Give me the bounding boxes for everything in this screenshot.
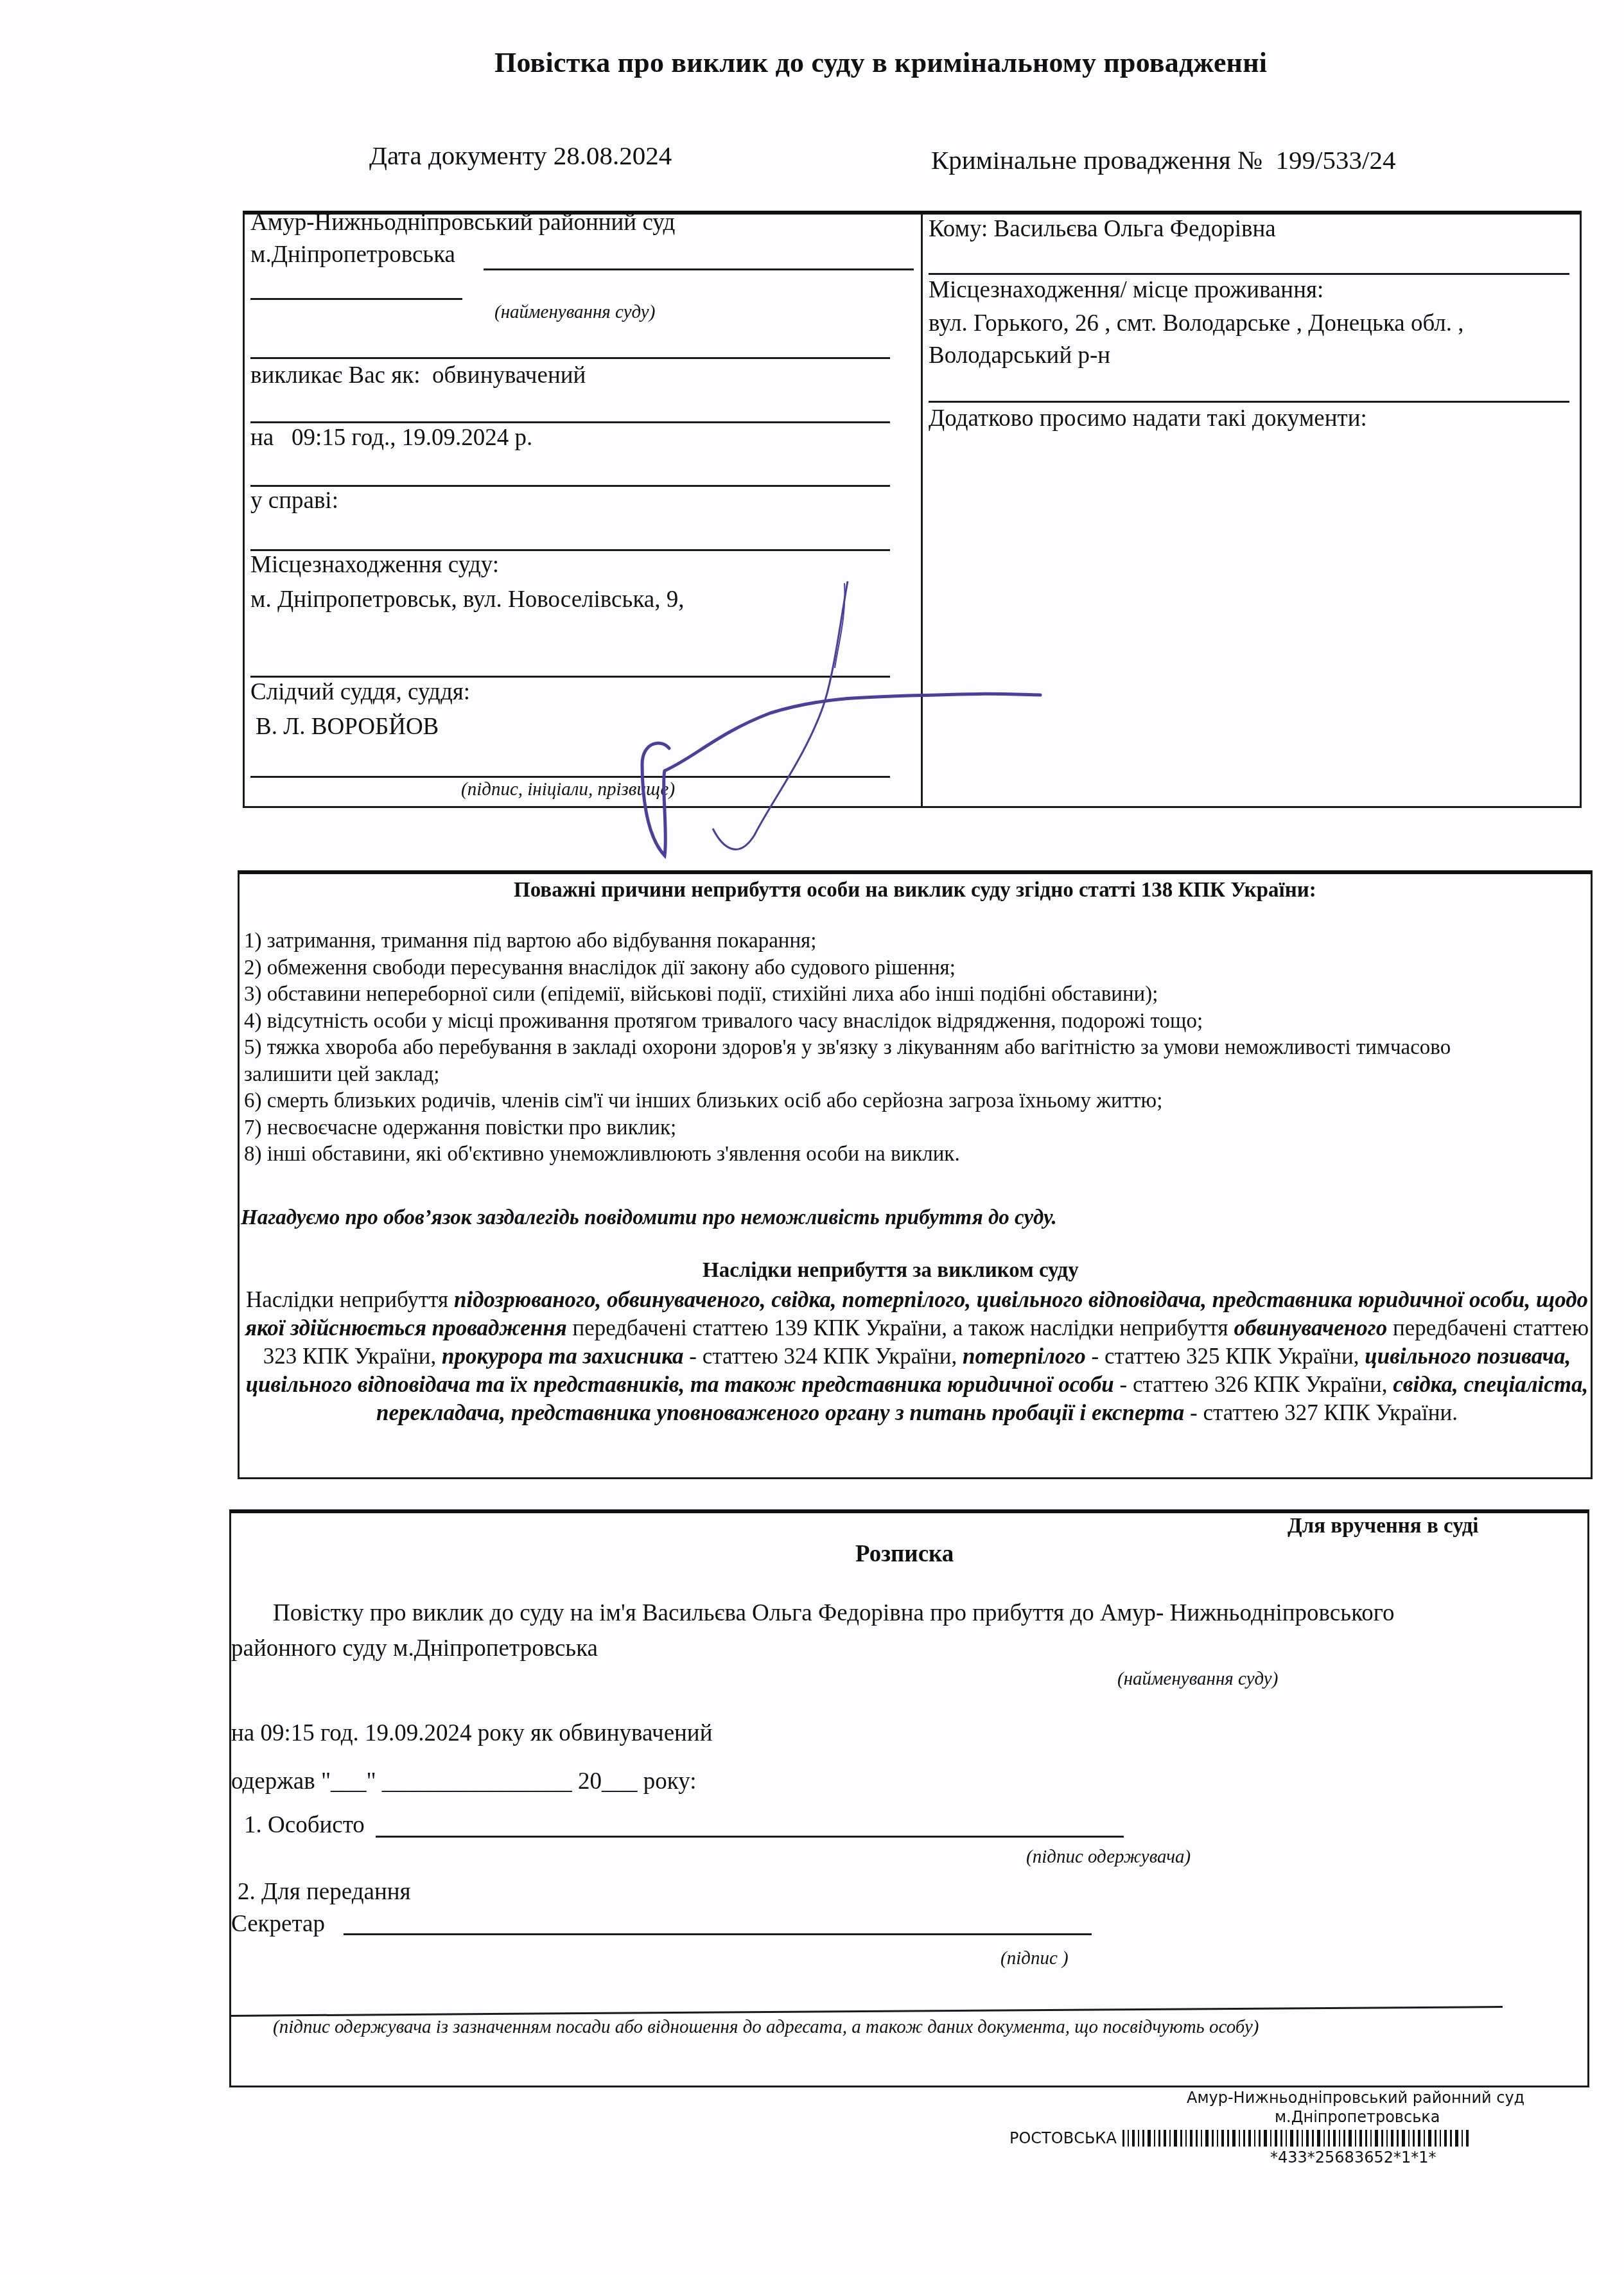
divider: [250, 421, 890, 423]
reason-item: 1) затримання, тримання під вартою або в…: [244, 928, 1580, 955]
court-name-line2: м.Дніпропетровська: [250, 241, 455, 268]
for-transfer-label: 2. Для передання: [238, 1878, 411, 1906]
for-court-label: Для вручення в суді: [1288, 1515, 1479, 1538]
reason-item: 6) смерть близьких родичів, членів сім'ї…: [244, 1088, 1580, 1115]
reason-item: 3) обставини непереборної сили (епідемії…: [244, 981, 1580, 1008]
summons-box: [243, 211, 1582, 808]
documents-label: Додатково просимо надати такі документи:: [929, 405, 1367, 432]
consequences-segment-emph: прокурора та захисника: [442, 1344, 683, 1369]
consequences-segment: - статтею 324 КПК України,: [684, 1344, 963, 1369]
date-label: Дата документу: [369, 141, 547, 170]
appearance-time: на 09:15 год., 19.09.2024 р.: [250, 424, 532, 452]
consequences-segment: - статтею 326 КПК України,: [1114, 1372, 1393, 1397]
when-value: 09:15 год., 19.09.2024 р.: [292, 425, 532, 451]
divider: [250, 485, 890, 487]
receipt-box: [229, 1509, 1589, 2087]
recipient-name: Васильєва Ольга Федорівна: [994, 216, 1276, 242]
divider: [250, 357, 890, 359]
consequences-text: Наслідки неприбуття підозрюваного, обвин…: [243, 1286, 1591, 1427]
summons-as-label: викликає Вас як:: [250, 362, 421, 389]
page-title: Повістка про виклик до суду в кримінальн…: [494, 46, 1267, 79]
consequences-segment-emph: обвинуваченого: [1234, 1315, 1387, 1340]
bottom-caption: (підпис одержувача із зазначенням посади…: [273, 2017, 1259, 2038]
address-line1: вул. Горького, 26 , смт. Володарське , Д…: [929, 310, 1464, 337]
document-date: Дата документу 28.08.2024: [369, 140, 672, 171]
barcode-icon: [1122, 2130, 1469, 2147]
reasons-heading: Поважні причини неприбуття особи на викл…: [514, 879, 1316, 902]
court-name-line1: Амур-Нижньодніпровський районний суд: [250, 209, 675, 236]
court-location-label: Місцезнаходження суду:: [250, 551, 499, 579]
secretary-sig-caption: (підпис ): [1000, 1948, 1069, 1969]
consequences-heading: Наслідки неприбуття за викликом суду: [703, 1259, 1079, 1283]
received-date-field[interactable]: одержав "___" ________________ 20___ рок…: [231, 1768, 697, 1795]
receipt-when-line: на 09:15 год. 19.09.2024 року як обвинув…: [231, 1719, 712, 1747]
case-subject-label: у справі:: [250, 487, 338, 514]
court-name-underline-2: [250, 298, 462, 300]
receipt-court-caption: (найменування суду): [1117, 1669, 1278, 1690]
consequences-segment: - статтею 325 КПК України,: [1086, 1344, 1365, 1369]
summons-as: викликає Вас як: обвинувачений: [250, 362, 586, 389]
case-number: 199/533/24: [1276, 145, 1396, 175]
secretary-label: Секретар: [231, 1910, 325, 1938]
recipient-sig-caption: (підпис одержувача): [1026, 1847, 1191, 1868]
divider: [929, 273, 1569, 275]
reason-item: 5) тяжка хвороба або перебування в закла…: [244, 1035, 1522, 1088]
signature-line: [250, 776, 890, 778]
case-label: Кримінальне провадження №: [931, 145, 1262, 175]
recipient-signature-field[interactable]: [376, 1836, 1124, 1838]
consequences-segment: - статтею 327 КПК України.: [1184, 1400, 1458, 1425]
address-label: Місцезнаходження/ місце проживання:: [929, 276, 1323, 304]
recipient-label: Кому:: [929, 216, 988, 242]
receipt-text-line1: Повістку про виклик до суду на ім'я Васи…: [273, 1599, 1395, 1627]
reason-item: 7) несвоєчасне одержання повістки про ви…: [244, 1115, 1580, 1142]
judge-name: В. Л. ВОРОБЙОВ: [256, 713, 439, 741]
receipt-text-line2: районного суду м.Дніпропетровська: [231, 1635, 598, 1662]
footer-court-line1: Амур-Нижньодніпровський районний суд: [1187, 2089, 1524, 2107]
court-caption: (найменування суду): [494, 302, 655, 323]
receipt-title: Розписка: [855, 1540, 954, 1568]
reason-item: 2) обмеження свободи пересування внаслід…: [244, 955, 1580, 982]
court-name-underline: [484, 268, 914, 270]
address-line2: Володарський р-н: [929, 342, 1110, 369]
reasons-list: 1) затримання, тримання під вартою або в…: [244, 928, 1580, 1168]
footer-court-line2: м.Дніпропетровська: [1275, 2108, 1440, 2126]
court-location-value: м. Дніпропетровськ, вул. Новоселівська, …: [250, 586, 685, 613]
sender-prefix: РОСТОВСЬКА: [1009, 2129, 1117, 2147]
case-number-line: Кримінальне провадження № 199/533/24: [931, 145, 1395, 175]
when-prefix: на: [250, 425, 274, 451]
recipient: Кому: Васильєва Ольга Федорівна: [929, 215, 1276, 243]
reason-item: 4) відсутність особи у місці проживання …: [244, 1008, 1580, 1035]
consequences-segment: Наслідки неприбуття: [246, 1287, 454, 1312]
secretary-signature-field[interactable]: [344, 1933, 1092, 1935]
reminder-note: Нагадуємо про обов’язок заздалегідь пові…: [241, 1206, 1057, 1230]
divider: [250, 676, 890, 678]
summons-divider: [921, 213, 923, 808]
divider: [929, 401, 1569, 403]
signature-caption: (підпис, ініціали, прізвище): [461, 779, 675, 800]
reason-item: 8) інші обставини, які об'єктивно унемож…: [244, 1141, 1580, 1168]
personally-label: 1. Особисто: [244, 1811, 365, 1839]
consequences-segment: передбачені статтею 139 КПК України, а т…: [567, 1315, 1234, 1340]
judge-label: Слідчий суддя, суддя:: [250, 678, 470, 706]
date-value: 28.08.2024: [554, 141, 672, 170]
consequences-segment-emph: потерпілого: [963, 1344, 1086, 1369]
summons-as-value: обвинувачений: [432, 362, 586, 389]
barcode-text: *433*25683652*1*1*: [1270, 2148, 1436, 2166]
